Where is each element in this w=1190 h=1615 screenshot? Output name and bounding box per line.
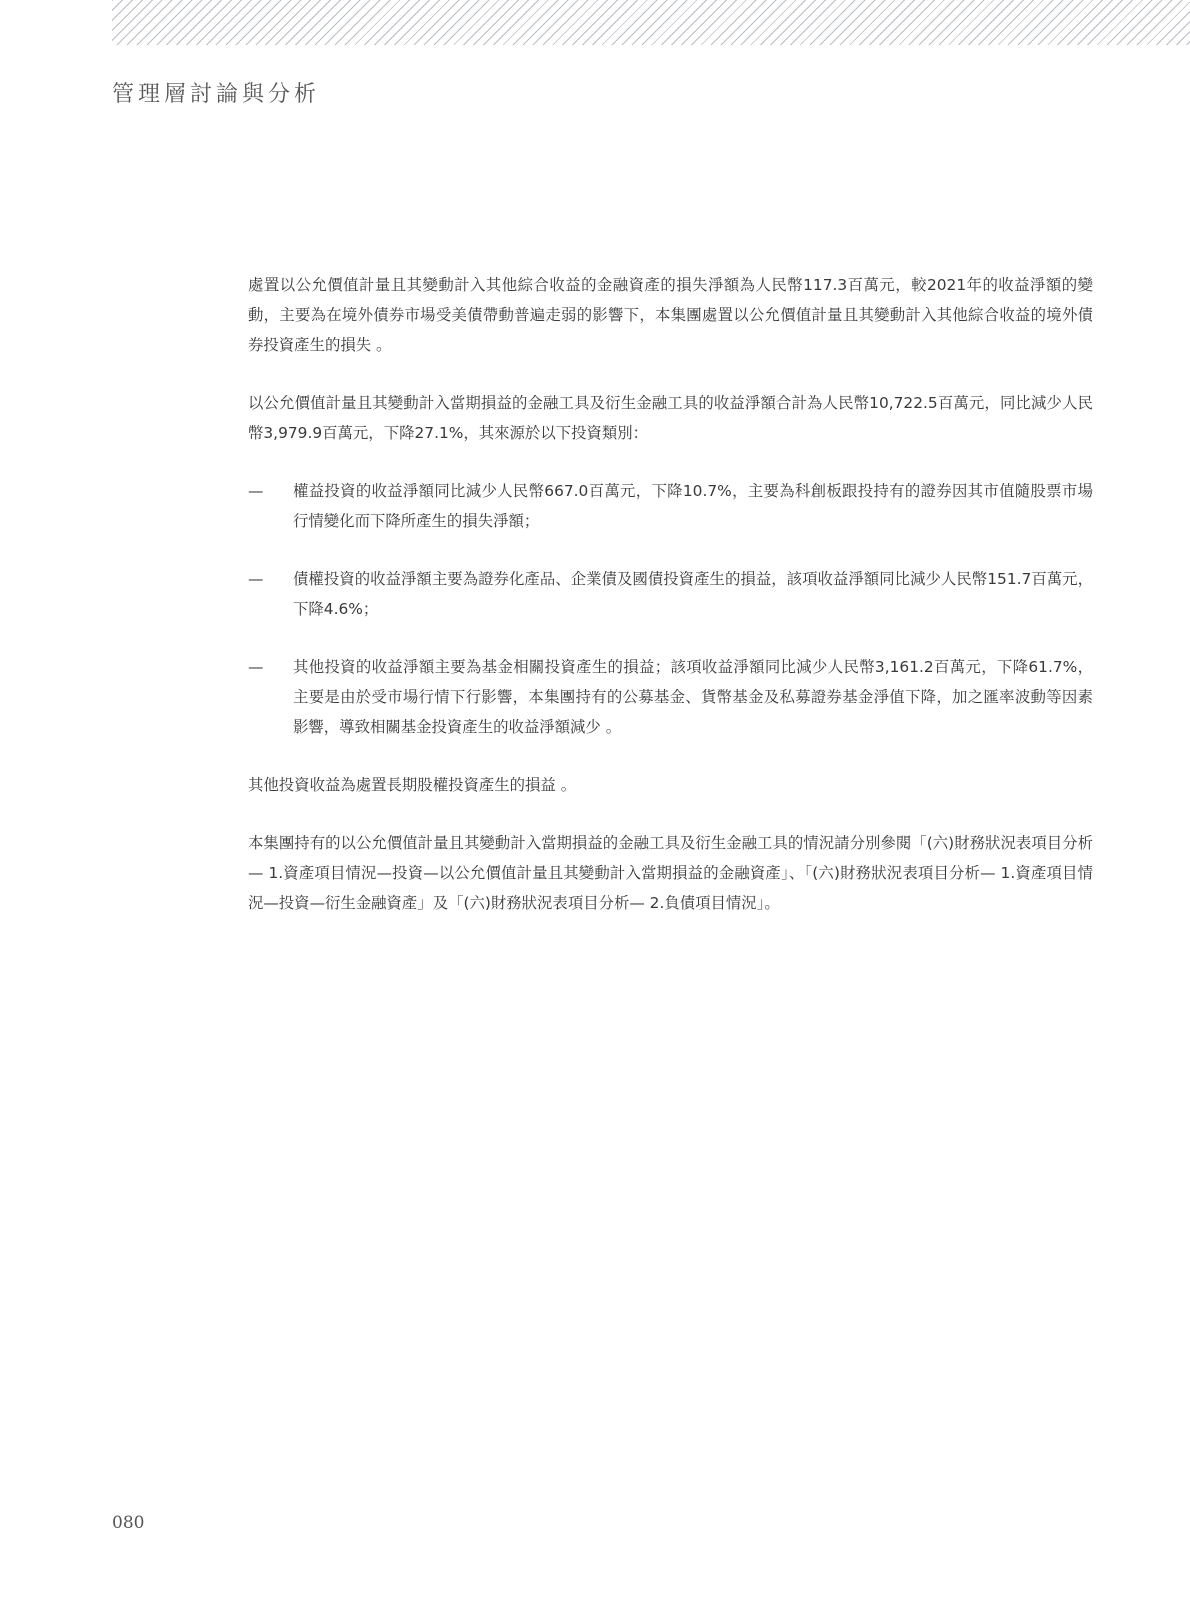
bullet-text: 其他投資的收益淨額主要為基金相關投資產生的損益；該項收益淨額同比減少人民幣3,1…: [293, 652, 1093, 742]
bullet-text: 權益投資的收益淨額同比減少人民幣667.0百萬元，下降10.7%，主要為科創板跟…: [293, 476, 1093, 536]
paragraph-cross-reference: 本集團持有的以公允價值計量且其變動計入當期損益的金融工具及衍生金融工具的情況請分…: [248, 828, 1093, 918]
section-title: 管理層討論與分析: [112, 77, 320, 108]
paragraph-other-income: 其他投資收益為處置長期股權投資產生的損益 。: [248, 770, 1093, 800]
body-content: 處置以公允價值計量且其變動計入其他綜合收益的金融資產的損失淨額為人民幣117.3…: [248, 270, 1093, 946]
bullet-text: 債權投資的收益淨額主要為證券化產品、企業債及國債投資產生的損益，該項收益淨額同比…: [293, 564, 1093, 624]
decorative-hatch-band: [112, 0, 1190, 45]
bullet-equity-investment: — 權益投資的收益淨額同比減少人民幣667.0百萬元，下降10.7%，主要為科創…: [248, 476, 1093, 536]
dash-marker: —: [248, 564, 293, 624]
page-number: 080: [112, 1513, 144, 1533]
bullet-debt-investment: — 債權投資的收益淨額主要為證券化產品、企業債及國債投資產生的損益，該項收益淨額…: [248, 564, 1093, 624]
bullet-other-investment: — 其他投資的收益淨額主要為基金相關投資產生的損益；該項收益淨額同比減少人民幣3…: [248, 652, 1093, 742]
paragraph-fvoci-loss: 處置以公允價值計量且其變動計入其他綜合收益的金融資產的損失淨額為人民幣117.3…: [248, 270, 1093, 360]
dash-marker: —: [248, 476, 293, 536]
paragraph-fvtpl-summary: 以公允價值計量且其變動計入當期損益的金融工具及衍生金融工具的收益淨額合計為人民幣…: [248, 388, 1093, 448]
dash-marker: —: [248, 652, 293, 742]
